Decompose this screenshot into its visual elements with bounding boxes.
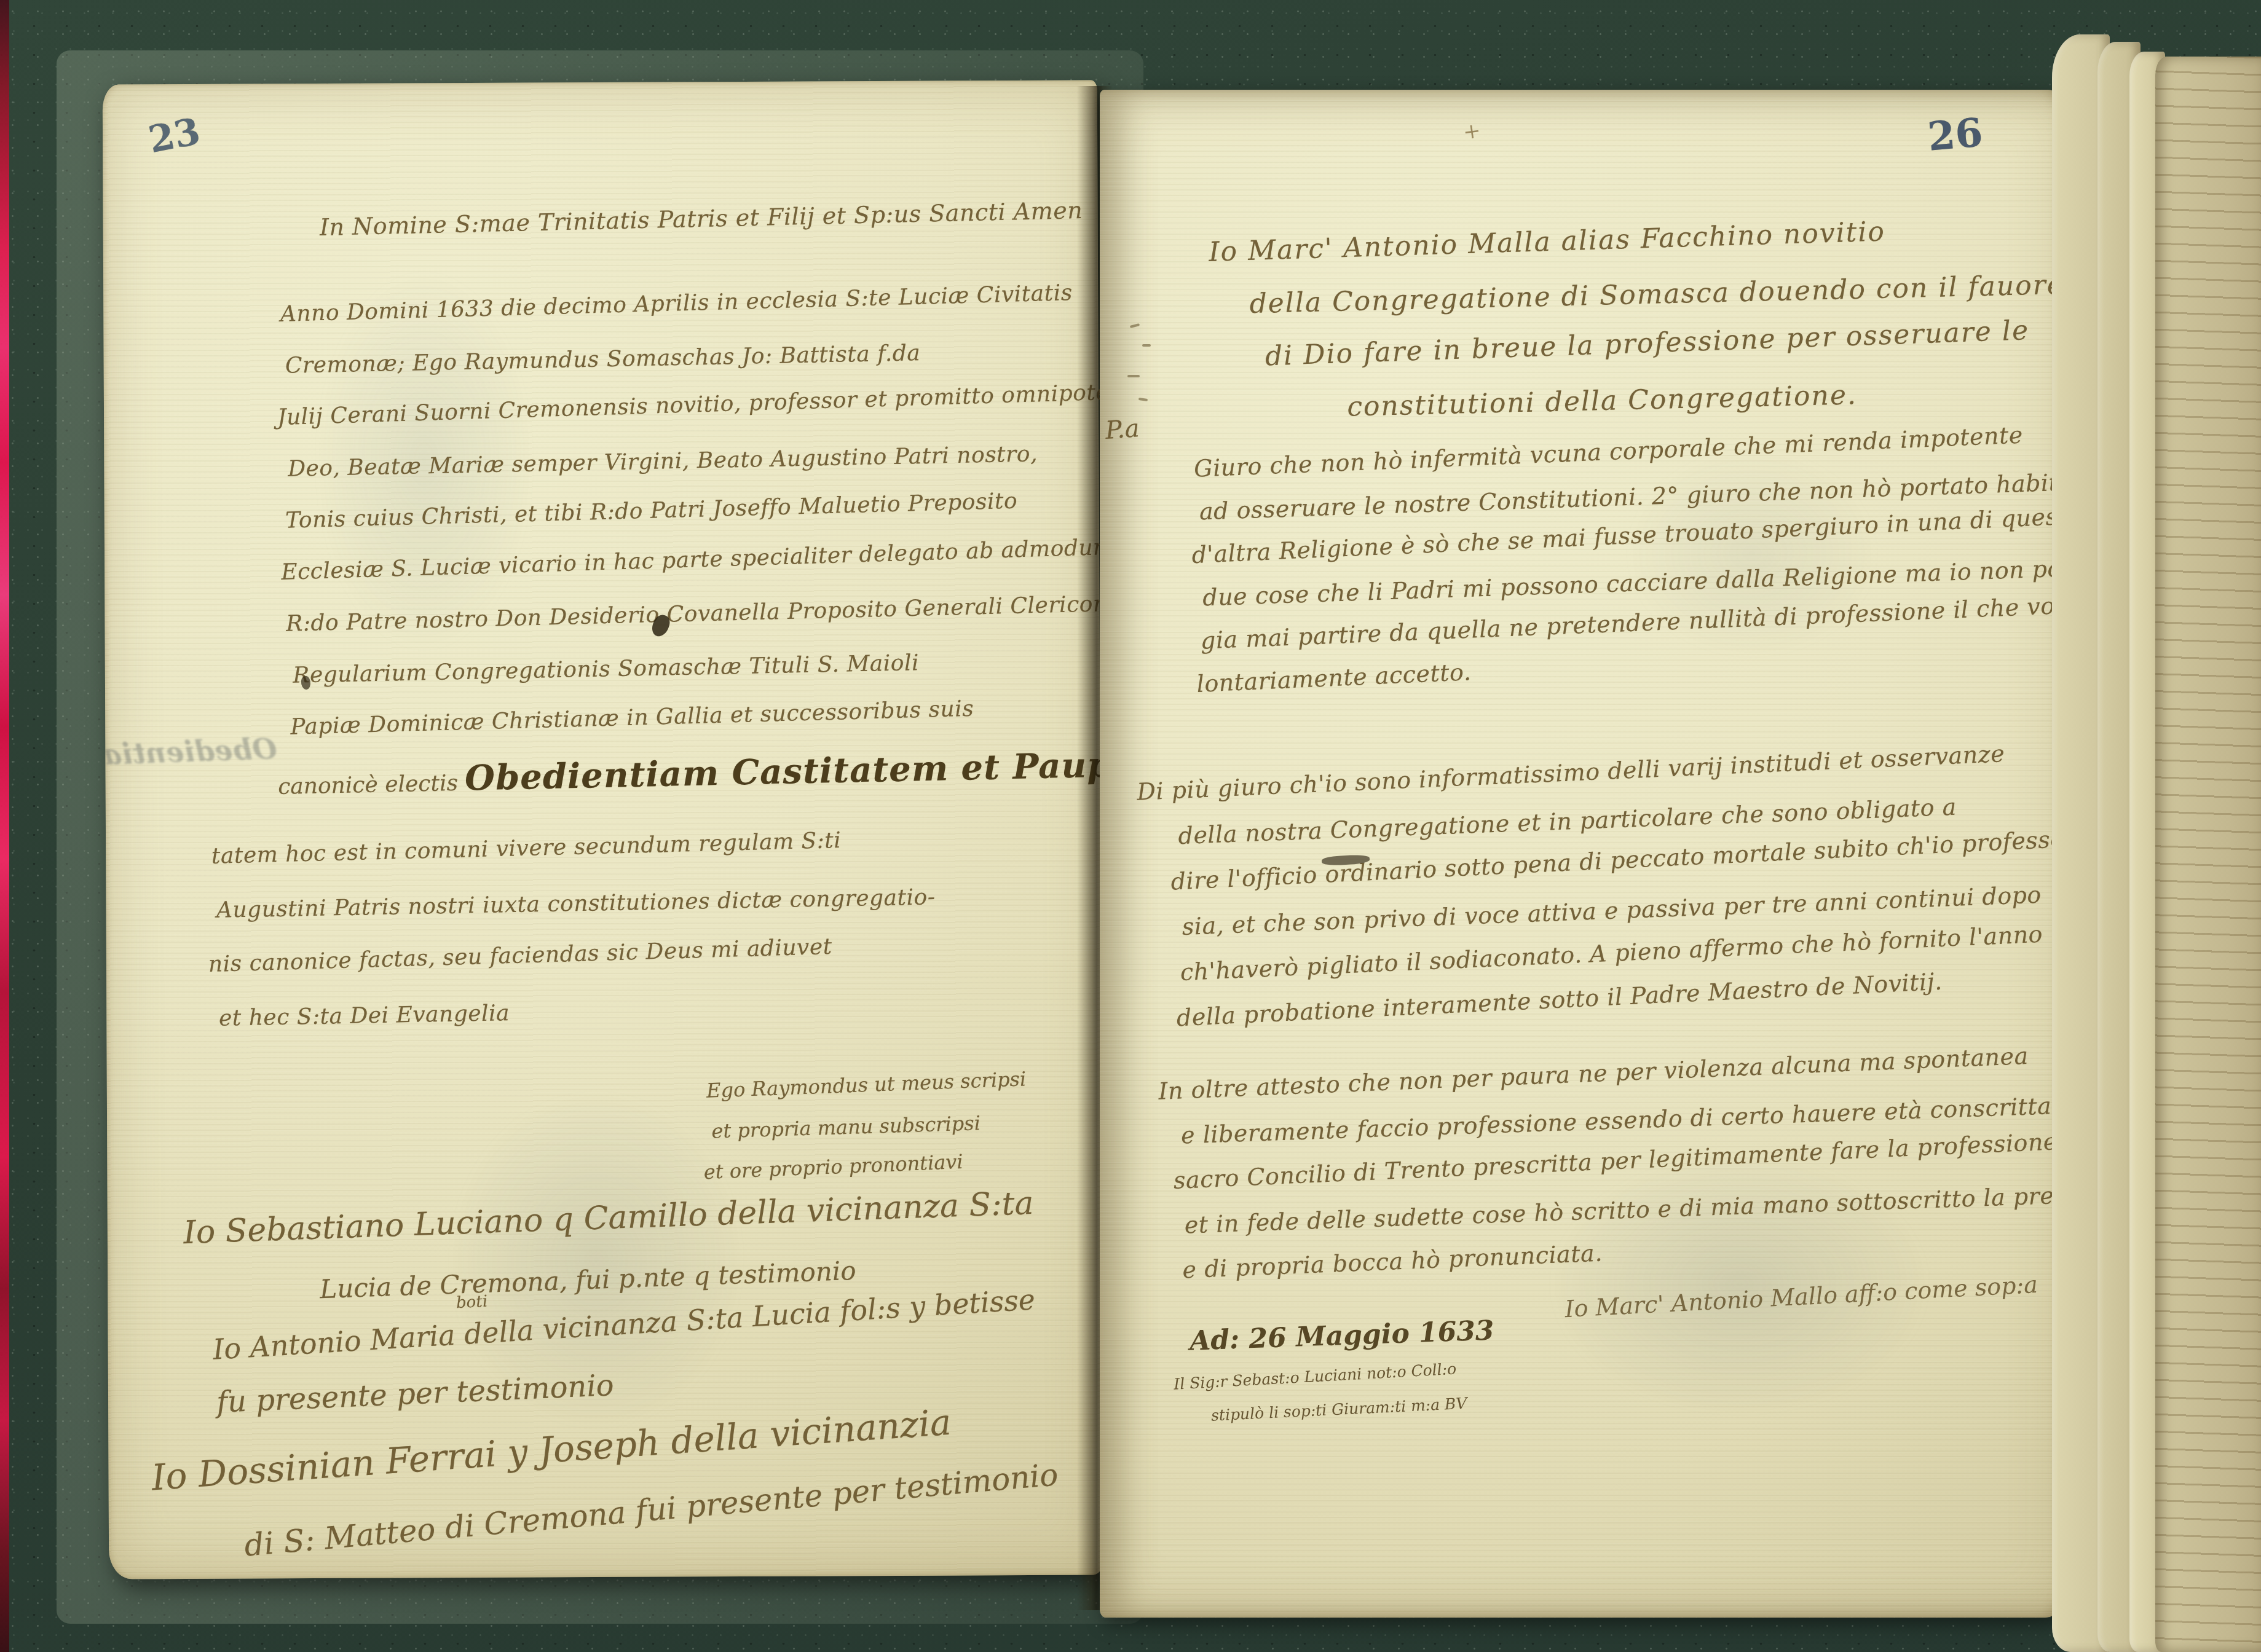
oath-intro-paragraph: Io Marc' Antonio Malla alias Facchino no…	[1206, 202, 2062, 437]
margin-dash	[1127, 375, 1140, 377]
second-oath-paragraph: Di più giuro ch'io sono informatissimo d…	[1134, 731, 2075, 1042]
vow-line-prefix: canonicè electis	[278, 771, 465, 800]
right-page-number: 26	[1926, 109, 1984, 160]
first-oath-paragraph: Giuro che non hò infermità vcuna corpora…	[1191, 413, 2099, 706]
vow-continuation-paragraph: tatem hoc est in comuni vivere secundum …	[209, 813, 933, 1045]
scanner-color-strip	[0, 0, 9, 1652]
notary-subscription-block: Ego Raymondus ut meus scripsiet propria …	[704, 1060, 1028, 1192]
margin-dash	[1142, 344, 1151, 347]
notary-note: Il Sig:r Sebast:o Luciani not:o Coll:ost…	[1171, 1353, 1462, 1434]
profession-act-paragraph: Anno Domini 1633 die decimo Aprilis in e…	[278, 268, 1152, 753]
cross-mark: +	[1461, 118, 1482, 145]
manuscript-scan: Obedientia 23 In Nomine S:mae Trinitatis…	[0, 0, 2261, 1652]
old-parchment-page-edge	[2155, 57, 2261, 1652]
attestation-paragraph: In oltre attesto che non per paura ne pe…	[1156, 1032, 2117, 1293]
paragraph-margin-marker: P.a	[1104, 414, 1140, 445]
witness-superscript: boti	[456, 1292, 488, 1313]
